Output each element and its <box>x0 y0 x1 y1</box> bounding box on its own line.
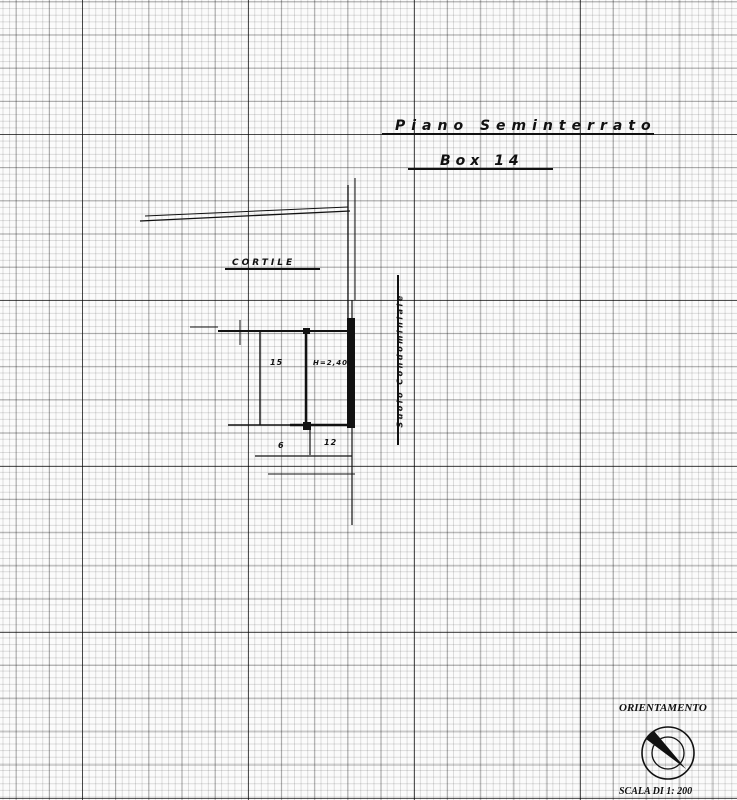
dimension-right-label: 12 <box>324 438 337 447</box>
room-width-label: 15 <box>270 358 283 367</box>
orientation-label: ORIENTAMENTO <box>619 702 707 714</box>
scale-label: SCALA DI 1: 200 <box>619 786 692 797</box>
floor-plan-drawing <box>0 0 737 800</box>
room-height-label: H=2,40 <box>313 359 348 367</box>
dimension-left-label: 6 <box>278 441 284 450</box>
north-arrow-compass-icon <box>640 725 696 781</box>
side-area-label: Suolo Condominiale <box>396 293 405 427</box>
